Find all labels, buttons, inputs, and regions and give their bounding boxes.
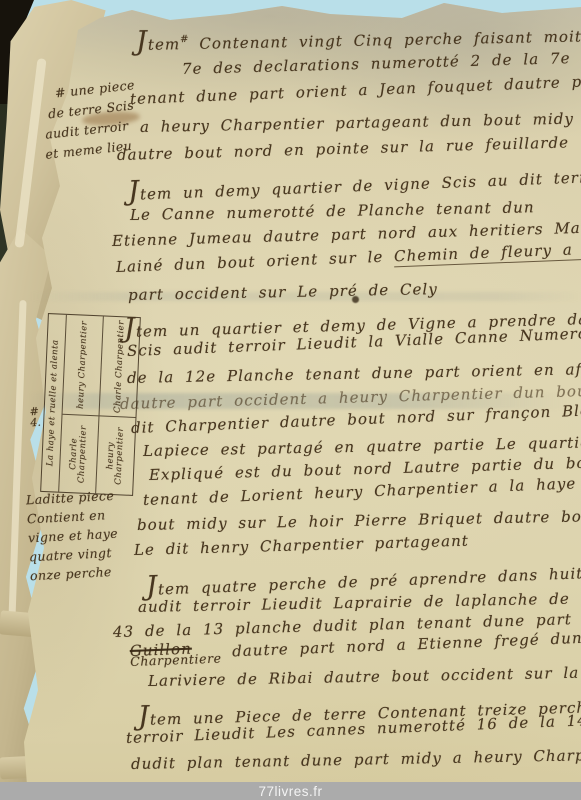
plan-sketch-side-label: La haye et ruelle et alenta — [46, 339, 60, 466]
margin-reference-mark: # 4. — [29, 406, 41, 429]
margin-reference-number: 4. — [30, 417, 41, 429]
line-text: Jtem — [136, 35, 180, 54]
watermark-text: 77livres.fr — [258, 784, 322, 799]
margin-note-area: Laditte piece Contient en vigne et haye … — [26, 486, 121, 586]
line-text: Contenant vingt Cinq perche faisant moit… — [188, 27, 581, 53]
reference-mark: # — [180, 34, 189, 45]
plan-cell-label: Charle Charpentier — [68, 415, 89, 493]
correction-stack: GuillonCharpentiere — [130, 640, 222, 668]
watermark-bar: 77livres.fr — [0, 782, 581, 800]
plan-sketch-cell: heury Charpentier — [96, 416, 135, 495]
manuscript-scan: # une piece de terre Scis audit terroir … — [0, 0, 581, 800]
plan-sketch-cell: heury Charpentier — [63, 315, 103, 416]
plan-cell-label: heury Charpentier — [76, 321, 89, 410]
plan-cell-label: heury Charpentier — [105, 416, 126, 494]
plan-sketch-cell: Charle Charpentier — [59, 414, 98, 493]
